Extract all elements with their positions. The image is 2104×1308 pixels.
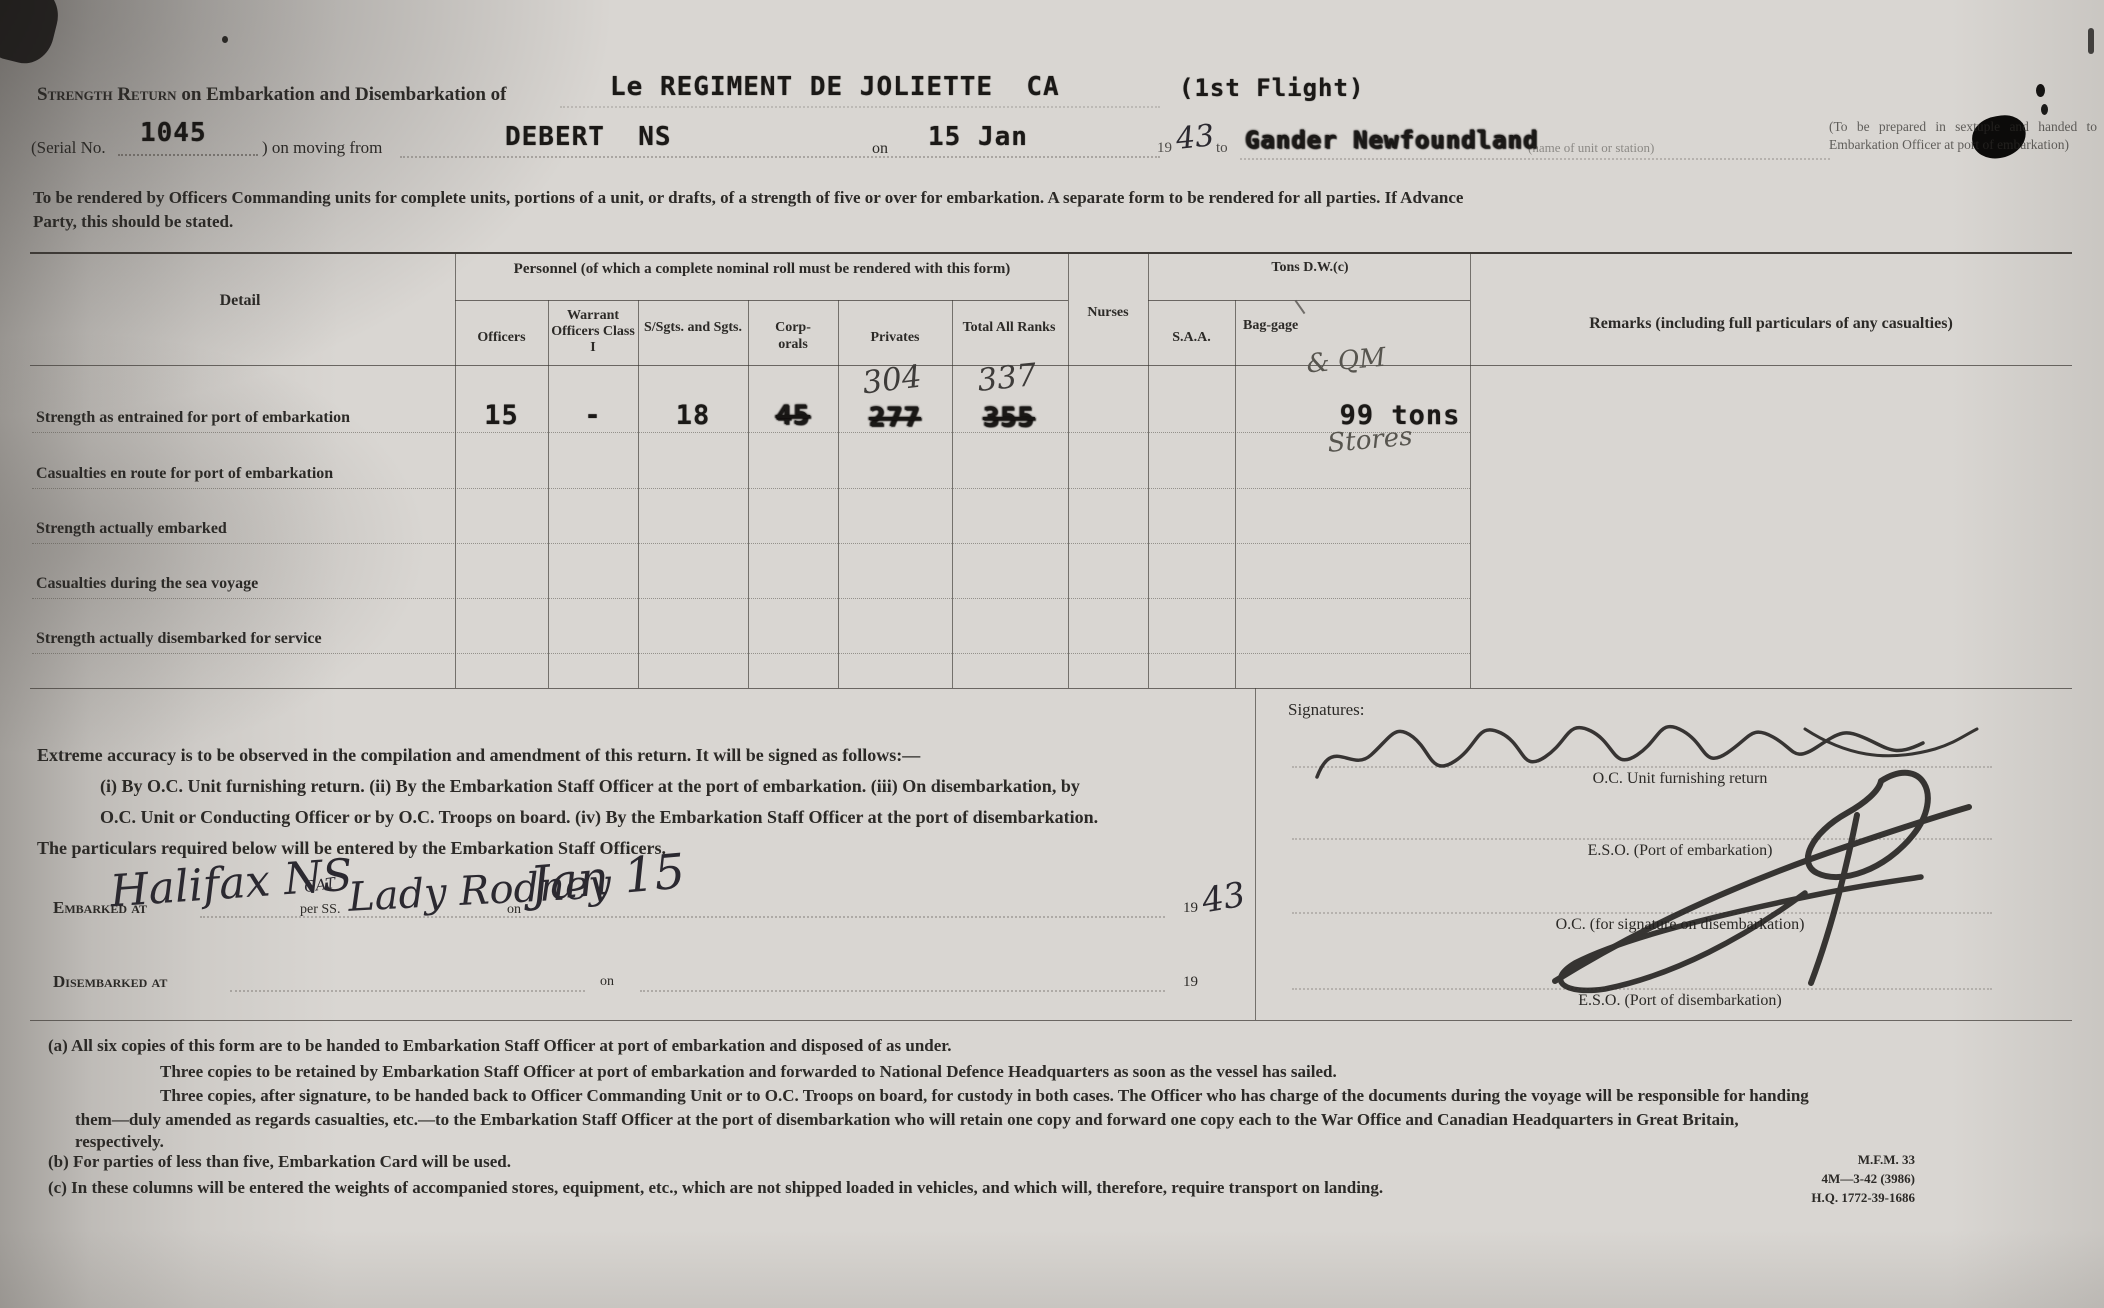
form-stamp-line2: 4M—3-42 (3986) [1700, 1169, 1915, 1188]
form-stamp-line3: H.Q. 1772-39-1686 [1700, 1188, 1915, 1207]
detail-column-header: Detail [40, 292, 440, 310]
destination-typed: Gander Newfoundland [1245, 126, 1539, 154]
baggage-column-header: Bag-gage [1243, 318, 1299, 335]
footnote-a-sub1: Three copies to be retained by Embarkati… [160, 1062, 1337, 1082]
remarks-column-header: Remarks (including full particulars of a… [1480, 315, 2062, 333]
render-note-line2: Party, this should be stated. [33, 212, 233, 232]
col-rule [952, 300, 953, 688]
embark-date-hand: Jan 15 [528, 843, 687, 912]
col-rule [1068, 252, 1069, 688]
disembark-year-printed: 19 [1183, 974, 1198, 991]
scan-shade-bottom [0, 1230, 2104, 1308]
row-rule [32, 543, 1470, 544]
footnote-b: (b) For parties of less than five, Embar… [48, 1152, 511, 1172]
scan-shade-right [1950, 0, 2104, 1308]
dotted-rule [640, 990, 1165, 992]
col-rule [1235, 300, 1236, 688]
saa-column-header: S.A.A. [1150, 330, 1233, 346]
row-rule [32, 488, 1470, 489]
dotted-rule [400, 156, 1160, 158]
warrant-officers-entrained-value: - [551, 400, 635, 431]
form-stamp-block: M.F.M. 33 4M—3-42 (3986) H.Q. 1772-39-16… [1700, 1150, 1915, 1207]
row-rule [32, 432, 1470, 433]
accuracy-paragraph-line2: (i) By O.C. Unit furnishing return. (ii)… [100, 776, 1080, 797]
dotted-rule [118, 154, 258, 156]
col-rule [748, 300, 749, 688]
col-rule [638, 300, 639, 688]
footnote-c: (c) In these columns will be entered the… [48, 1178, 1383, 1198]
on-label: on [872, 140, 888, 158]
moving-from-typed: DEBERT NS [505, 122, 672, 152]
row-label: Casualties en route for port of embarkat… [36, 465, 333, 483]
sgts-entrained-value: 18 [642, 400, 744, 431]
speck [222, 36, 228, 43]
serial-label: (Serial No. [31, 138, 106, 158]
serial-value-typed: 1045 [140, 118, 207, 148]
personnel-underline [455, 300, 1068, 301]
dotted-rule [200, 916, 1165, 918]
accuracy-paragraph-line1: Extreme accuracy is to be observed in th… [37, 745, 920, 766]
footnote-a-sub4: respectively. [75, 1132, 164, 1152]
total-entrained-correction-hand: 337 [956, 355, 1057, 401]
scan-shade-mid [0, 330, 430, 760]
footnote-a: (a) All six copies of this form are to b… [48, 1036, 952, 1056]
privates-column-header: Privates [841, 330, 949, 346]
col-rule [455, 252, 456, 688]
corporals-entrained-value-struck: 45 [752, 400, 834, 431]
handwritten-signatures [1245, 685, 2104, 1025]
privates-entrained-correction-hand: 304 [836, 356, 948, 405]
edge-mark [2088, 28, 2094, 54]
table-top-rule [30, 252, 2072, 254]
footnote-a-sub3: them—duly amended as regards casualties,… [75, 1110, 1739, 1130]
sgts-column-header: S/Sgts. and Sgts. [642, 320, 744, 337]
per-ss-label: per SS. [300, 902, 340, 918]
ink-dot [2036, 84, 2045, 97]
row-label: Strength actually embarked [36, 520, 227, 538]
to-label: to [1216, 140, 1228, 157]
form-stamp-line1: M.F.M. 33 [1700, 1150, 1915, 1169]
embark-on-label: on [507, 902, 521, 918]
unit-name-typed: Le REGIMENT DE JOLIETTE CA [610, 72, 1060, 102]
dotted-rule [230, 990, 585, 992]
embark-year-printed: 19 [1183, 900, 1198, 917]
warrant-officers-column-header: Warrant Officers Class I [551, 308, 635, 356]
accuracy-paragraph-line3: O.C. Unit or Conducting Officer or by O.… [100, 807, 1098, 828]
disembarked-at-label: Disembarked at [53, 972, 167, 992]
form-title-caps: Strength Return [37, 84, 177, 105]
row-label: Casualties during the sea voyage [36, 575, 258, 593]
corporals-column-header: Corp-orals [764, 320, 822, 354]
year-handwritten: 43 [1174, 118, 1216, 157]
prepare-note: (To be prepared in sextuple and handed t… [1829, 118, 2097, 153]
moving-from-label: ) on moving from [262, 138, 382, 158]
station-hint: (name of unit or station) [1528, 140, 1654, 156]
tons-group-header: Tons D.W.(c) [1268, 260, 1352, 277]
baggage-annotation-line1: & QM [1305, 342, 1406, 378]
dotted-rule [1240, 158, 1830, 160]
form-title: Strength Return on Embarkation and Disem… [37, 84, 506, 106]
year-printed: 19 [1157, 140, 1172, 157]
privates-entrained-value-struck: 277 [841, 402, 949, 433]
embark-year-hand: 43 [1199, 875, 1249, 922]
scanned-strength-return-form: Strength Return on Embarkation and Disem… [0, 0, 2104, 1308]
col-rule [548, 300, 549, 688]
row-label: Strength actually disembarked for servic… [36, 630, 322, 648]
row-rule [32, 598, 1470, 599]
officers-column-header: Officers [457, 330, 546, 346]
move-date-typed: 15 Jan [928, 122, 1028, 152]
render-note-line1: To be rendered by Officers Commanding un… [33, 188, 1463, 208]
dotted-rule [560, 106, 1160, 108]
col-rule [838, 300, 839, 688]
ink-dot [2041, 104, 2048, 115]
form-title-rest: on Embarkation and Disembarkation of [177, 84, 507, 105]
col-rule [1470, 252, 1471, 688]
col-rule [1148, 252, 1149, 688]
row-rule [32, 653, 1470, 654]
disembark-on-label: on [600, 974, 614, 990]
tonnage-note-typed: 99 tons [1330, 400, 1470, 431]
total-column-header: Total All Ranks [960, 320, 1058, 337]
officers-entrained-value: 15 [457, 400, 546, 431]
flight-typed: (1st Flight) [1179, 74, 1364, 102]
row-label: Strength as entrained for port of embark… [36, 409, 350, 427]
nurses-column-header: Nurses [1070, 305, 1146, 321]
personnel-group-header: Personnel (of which a complete nominal r… [480, 260, 1044, 279]
total-entrained-value-struck: 355 [960, 402, 1058, 433]
footnote-a-sub2: Three copies, after signature, to be han… [160, 1086, 1809, 1106]
